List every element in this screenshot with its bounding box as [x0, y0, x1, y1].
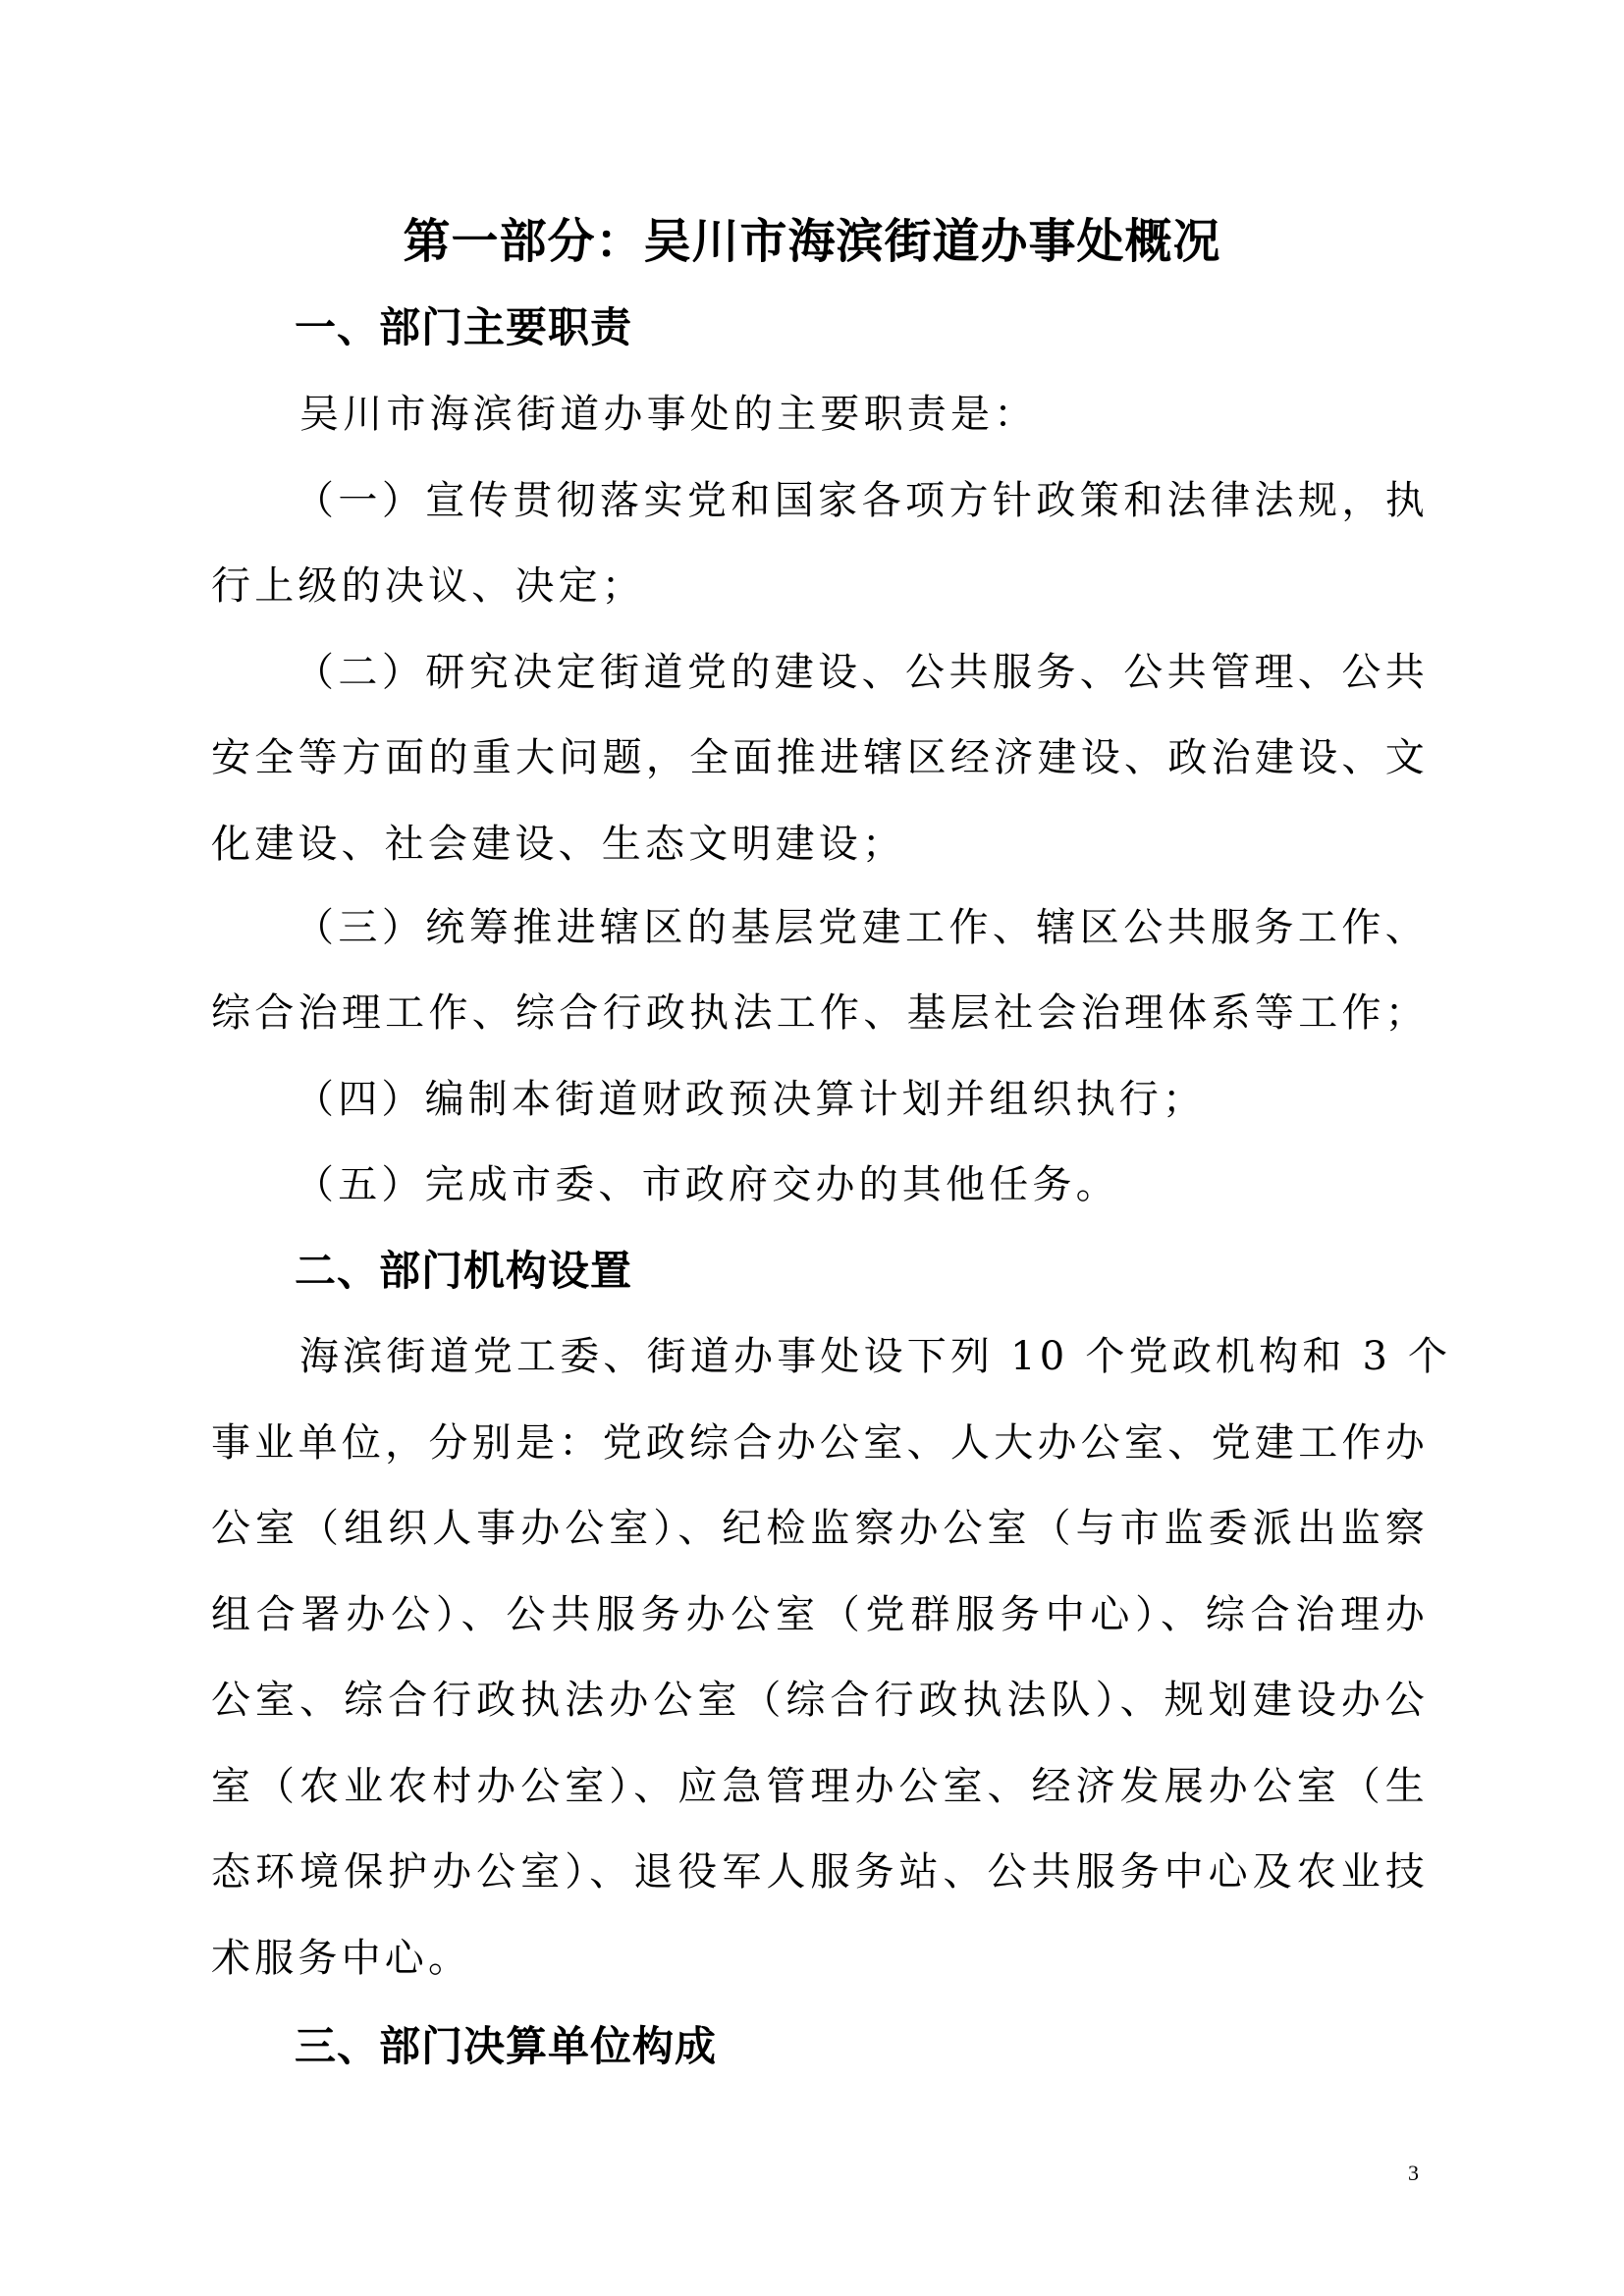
paragraph-line: （一）宣传贯彻落实党和国家各项方针政策和法律法规，执 [295, 473, 1429, 528]
paragraph-line: 态环境保护办公室）、退役军人服务站、公共服务中心及农业技 [211, 1844, 1429, 1899]
page-number: 3 [1408, 2160, 1419, 2187]
paragraph-line: 行上级的决议、决定； [211, 559, 1429, 614]
paragraph-line: 海滨街道党工委、街道办事处设下列 10 个党政机构和 3 个 [299, 1329, 1429, 1384]
section-heading-org-structure: 二、部门机构设置 [295, 1244, 632, 1299]
section-heading-budget-units: 三、部门决算单位构成 [295, 2019, 717, 2074]
paragraph-line: （五）完成市委、市政府交办的其他任务。 [295, 1157, 1424, 1212]
paragraph-line: 吴川市海滨街道办事处的主要职责是： [299, 387, 1429, 442]
paragraph-line: 室（农业农村办公室）、应急管理办公室、经济发展办公室（生 [211, 1759, 1429, 1814]
paragraph-line: 综合治理工作、综合行政执法工作、基层社会治理体系等工作； [211, 986, 1429, 1041]
paragraph-line: 化建设、社会建设、生态文明建设； [211, 817, 1429, 872]
document-title: 第一部分：吴川市海滨街道办事处概况 [0, 212, 1624, 271]
paragraph-line: 组合署办公）、公共服务办公室（党群服务中心）、综合治理办 [211, 1587, 1429, 1642]
paragraph-line: （三）统筹推进辖区的基层党建工作、辖区公共服务工作、 [295, 900, 1429, 955]
paragraph-line: （四）编制本街道财政预决算计划并组织执行； [295, 1072, 1424, 1127]
document-page: 第一部分：吴川市海滨街道办事处概况 一、部门主要职责 吴川市海滨街道办事处的主要… [0, 0, 1624, 2296]
section-heading-main-duties: 一、部门主要职责 [295, 300, 632, 355]
paragraph-line: 公室、综合行政执法办公室（综合行政执法队）、规划建设办公 [211, 1673, 1429, 1728]
paragraph-line: 术服务中心。 [211, 1931, 1429, 1986]
paragraph-line: （二）研究决定街道党的建设、公共服务、公共管理、公共 [295, 645, 1429, 700]
paragraph-line: 安全等方面的重大问题，全面推进辖区经济建设、政治建设、文 [211, 730, 1429, 785]
paragraph-line: 公室（组织人事办公室）、纪检监察办公室（与市监委派出监察 [211, 1501, 1429, 1556]
paragraph-line: 事业单位，分别是：党政综合办公室、人大办公室、党建工作办 [211, 1415, 1429, 1470]
